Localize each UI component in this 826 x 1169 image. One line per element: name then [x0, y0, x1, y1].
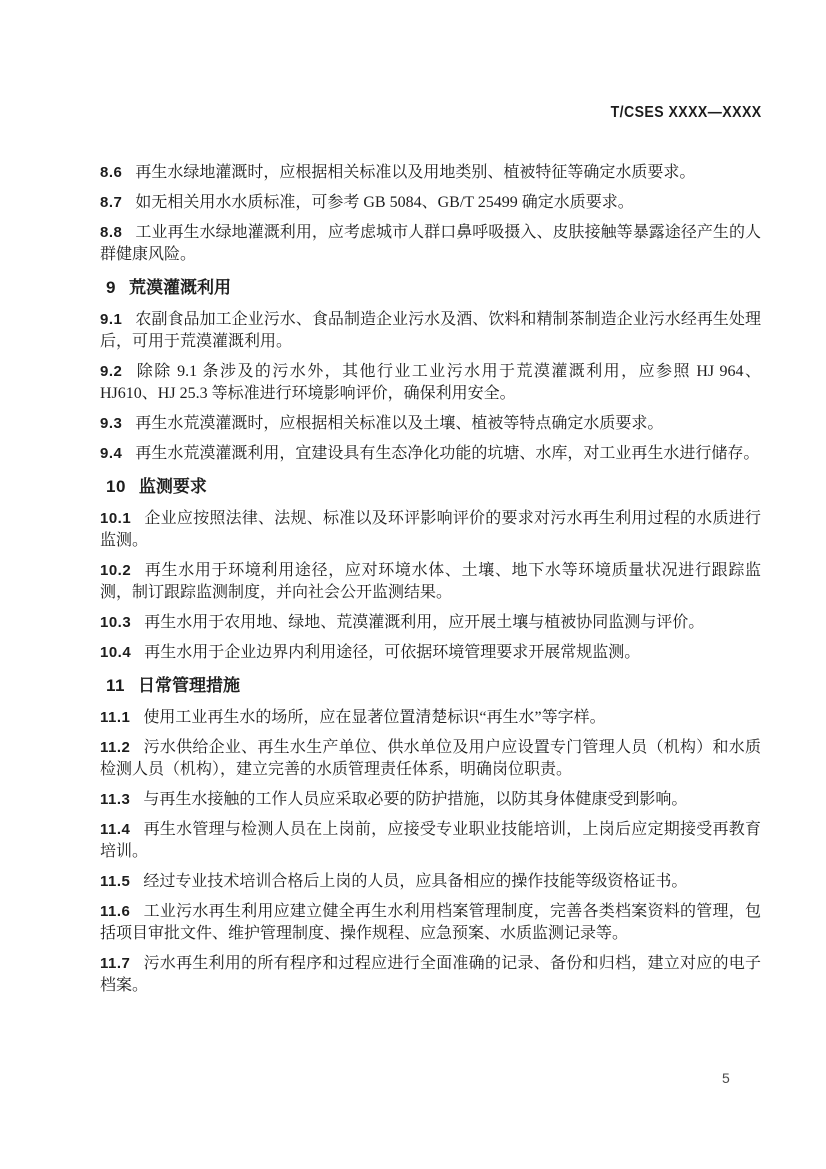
section-heading-9: 9荒漠灌溉利用: [106, 277, 761, 299]
document-page: { "header": { "doc_code": "T/CSES XXXX—X…: [0, 0, 826, 1169]
clause-8-7: 8.7如无相关用水水质标准，可参考 GB 5084、GB/T 25499 确定水…: [100, 192, 761, 214]
clause-text: 再生水荒漠灌溉时，应根据相关标准以及土壤、植被等特点确定水质要求。: [135, 415, 663, 432]
clause-9-4: 9.4再生水荒漠灌溉利用，宜建设具有生态净化功能的坑塘、水库，对工业再生水进行储…: [100, 443, 761, 465]
clause-number: 11.3: [100, 791, 130, 808]
clause-number: 9.2: [100, 363, 122, 380]
clause-text: 污水再生利用的所有程序和过程应进行全面准确的记录、备份和归档，建立对应的电子档案…: [100, 955, 761, 994]
doc-code-header: T/CSES XXXX—XXXX: [611, 104, 762, 122]
clause-11-2: 11.2污水供给企业、再生水生产单位、供水单位及用户应设置专门管理人员（机构）和…: [100, 737, 761, 781]
clause-10-3: 10.3再生水用于农用地、绿地、荒漠灌溉利用，应开展土壤与植被协同监测与评价。: [100, 612, 761, 634]
section-heading-11: 11日常管理措施: [106, 675, 761, 697]
clause-10-2: 10.2再生水用于环境利用途径，应对环境水体、土壤、地下水等环境质量状况进行跟踪…: [100, 560, 761, 604]
clause-text: 工业污水再生利用应建立健全再生水利用档案管理制度，完善各类档案资料的管理，包括项…: [100, 903, 761, 942]
clause-text: 与再生水接触的工作人员应采取必要的防护措施，以防其身体健康受到影响。: [143, 791, 687, 808]
clause-10-1: 10.1企业应按照法律、法规、标准以及环评影响评价的要求对污水再生利用过程的水质…: [100, 508, 761, 552]
clause-number: 11.4: [100, 821, 130, 838]
clause-number: 10.1: [100, 510, 131, 527]
clause-number: 9.1: [100, 311, 122, 328]
clause-text: 污水供给企业、再生水生产单位、供水单位及用户应设置专门管理人员（机构）和水质检测…: [100, 739, 761, 778]
clause-text: 再生水用于农用地、绿地、荒漠灌溉利用，应开展土壤与植被协同监测与评价。: [144, 614, 704, 631]
section-number: 10: [106, 477, 126, 496]
clause-number: 9.4: [100, 445, 122, 462]
section-title: 荒漠灌溉利用: [129, 278, 231, 297]
clause-11-1: 11.1使用工业再生水的场所，应在显著位置清楚标识“再生水”等字样。: [100, 707, 761, 729]
clause-text: 再生水管理与检测人员在上岗前，应接受专业职业技能培训，上岗后应定期接受再教育培训…: [100, 821, 761, 860]
clause-9-2: 9.2除除 9.1 条涉及的污水外，其他行业工业污水用于荒漠灌溉利用，应参照 H…: [100, 361, 761, 405]
clause-text: 再生水绿地灌溉时，应根据相关标准以及用地类别、植被特征等确定水质要求。: [135, 164, 695, 181]
clause-number: 10.3: [100, 614, 131, 631]
clause-9-3: 9.3再生水荒漠灌溉时，应根据相关标准以及土壤、植被等特点确定水质要求。: [100, 413, 761, 435]
clause-text: 工业再生水绿地灌溉利用，应考虑城市人群口鼻呼吸摄入、皮肤接触等暴露途径产生的人群…: [100, 224, 761, 263]
section-number: 9: [106, 278, 116, 297]
clause-number: 8.6: [100, 164, 122, 181]
clause-text: 企业应按照法律、法规、标准以及环评影响评价的要求对污水再生利用过程的水质进行监测…: [100, 510, 761, 549]
clause-11-5: 11.5经过专业技术培训合格后上岗的人员，应具备相应的操作技能等级资格证书。: [100, 871, 761, 893]
clause-number: 11.2: [100, 739, 130, 756]
clause-number: 9.3: [100, 415, 122, 432]
clause-text: 农副食品加工企业污水、食品制造企业污水及酒、饮料和精制茶制造企业污水经再生处理后…: [100, 311, 761, 350]
clause-10-4: 10.4再生水用于企业边界内利用途径，可依据环境管理要求开展常规监测。: [100, 642, 761, 664]
clause-number: 11.6: [100, 903, 130, 920]
clause-text: 再生水荒漠灌溉利用，宜建设具有生态净化功能的坑塘、水库，对工业再生水进行储存。: [135, 445, 759, 462]
clause-text: 如无相关用水水质标准，可参考 GB 5084、GB/T 25499 确定水质要求…: [135, 194, 633, 211]
clause-number: 11.5: [100, 873, 130, 890]
clause-11-4: 11.4再生水管理与检测人员在上岗前，应接受专业职业技能培训，上岗后应定期接受再…: [100, 819, 761, 863]
clause-text: 再生水用于企业边界内利用途径，可依据环境管理要求开展常规监测。: [144, 644, 640, 661]
section-title: 监测要求: [139, 477, 207, 496]
clause-8-6: 8.6再生水绿地灌溉时，应根据相关标准以及用地类别、植被特征等确定水质要求。: [100, 162, 761, 184]
section-title: 日常管理措施: [138, 676, 240, 695]
section-number: 11: [106, 676, 125, 695]
clause-text: 使用工业再生水的场所，应在显著位置清楚标识“再生水”等字样。: [143, 709, 605, 726]
clause-number: 8.8: [100, 224, 122, 241]
clause-11-6: 11.6工业污水再生利用应建立健全再生水利用档案管理制度，完善各类档案资料的管理…: [100, 901, 761, 945]
clause-number: 11.7: [100, 955, 130, 972]
clause-8-8: 8.8工业再生水绿地灌溉利用，应考虑城市人群口鼻呼吸摄入、皮肤接触等暴露途径产生…: [100, 222, 761, 266]
clause-11-7: 11.7污水再生利用的所有程序和过程应进行全面准确的记录、备份和归档，建立对应的…: [100, 953, 761, 997]
document-body: 8.6再生水绿地灌溉时，应根据相关标准以及用地类别、植被特征等确定水质要求。 8…: [100, 162, 761, 1005]
section-heading-10: 10监测要求: [106, 476, 761, 498]
clause-text: 经过专业技术培训合格后上岗的人员，应具备相应的操作技能等级资格证书。: [143, 873, 687, 890]
clause-11-3: 11.3与再生水接触的工作人员应采取必要的防护措施，以防其身体健康受到影响。: [100, 789, 761, 811]
clause-9-1: 9.1农副食品加工企业污水、食品制造企业污水及酒、饮料和精制茶制造企业污水经再生…: [100, 309, 761, 353]
clause-text: 除除 9.1 条涉及的污水外，其他行业工业污水用于荒漠灌溉利用，应参照 HJ 9…: [100, 363, 761, 402]
clause-text: 再生水用于环境利用途径，应对环境水体、土壤、地下水等环境质量状况进行跟踪监测，制…: [100, 562, 761, 601]
clause-number: 10.2: [100, 562, 131, 579]
clause-number: 8.7: [100, 194, 122, 211]
clause-number: 11.1: [100, 709, 130, 726]
page-number: 5: [722, 1070, 730, 1086]
clause-number: 10.4: [100, 644, 131, 661]
